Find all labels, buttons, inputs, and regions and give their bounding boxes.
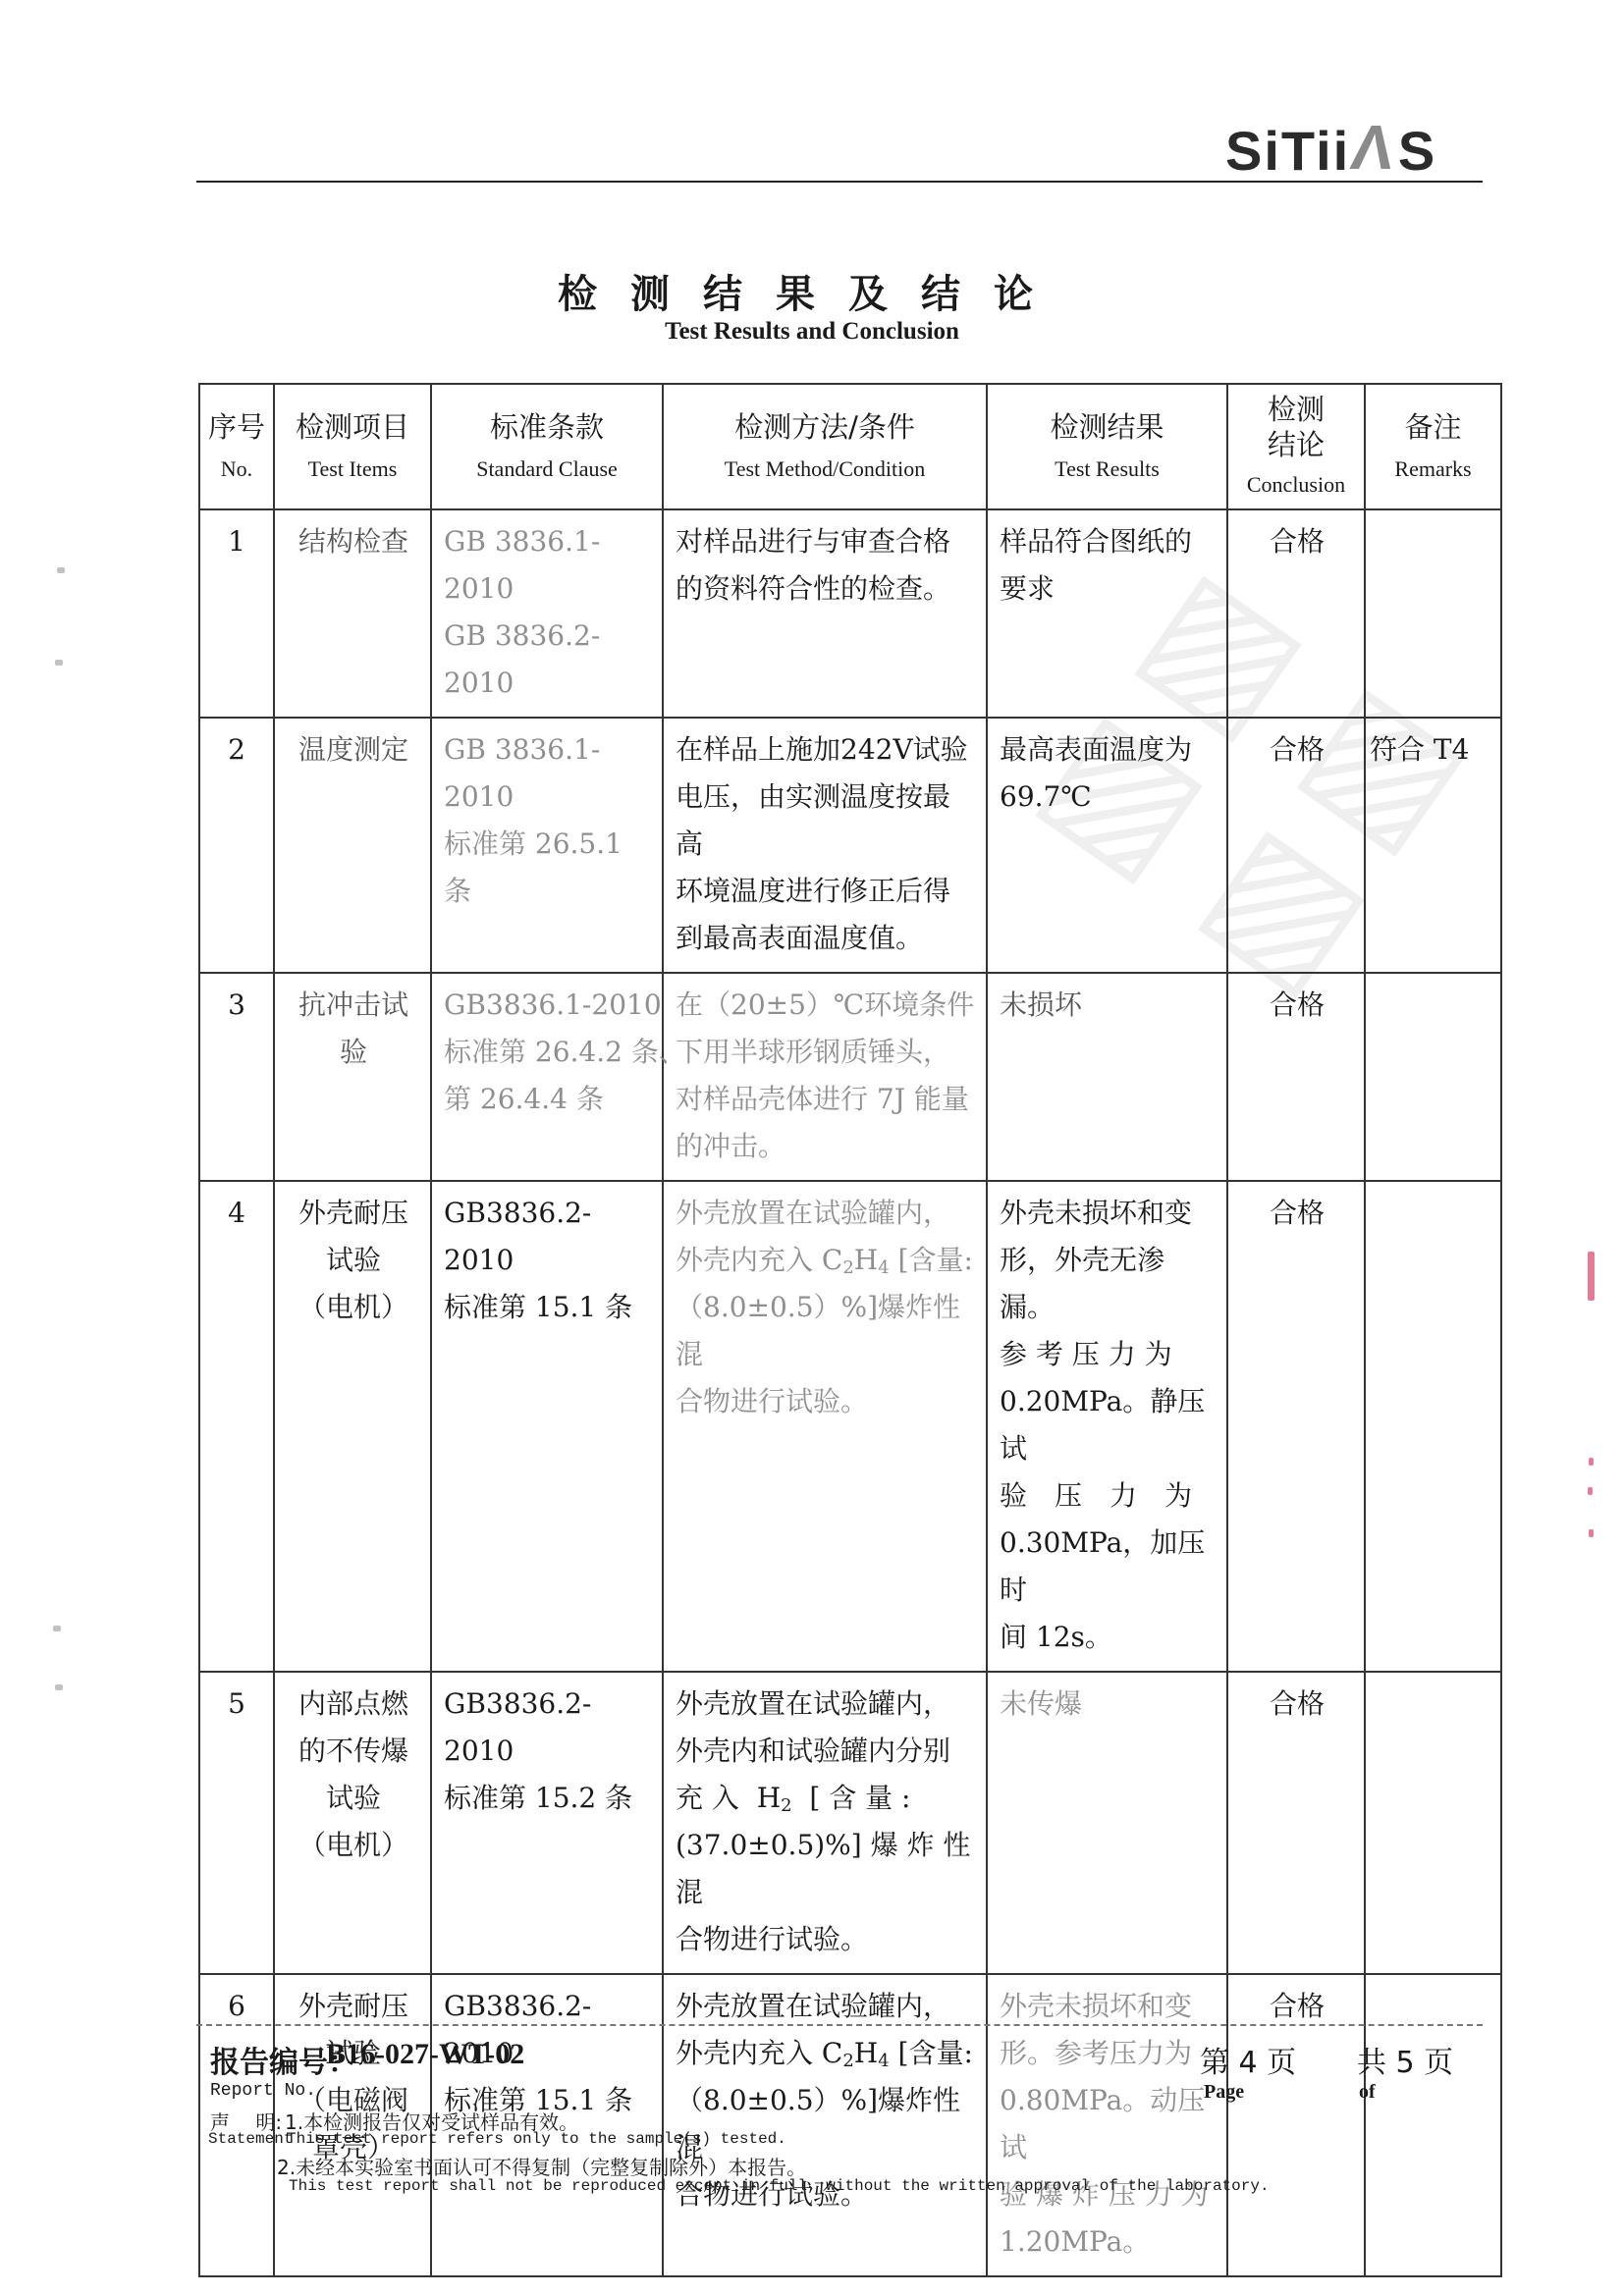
footer-divider xyxy=(196,2024,1483,2026)
cell-standard-clause: GB 3836.1-2010 标准第 26.5.1 条 xyxy=(431,718,663,973)
table-row: 4 外壳耐压 试验 （电机） GB3836.2-2010 标准第 15.1 条 … xyxy=(199,1181,1501,1672)
cell-no: 1 xyxy=(199,509,274,718)
page-number: 第 4 页 xyxy=(1200,2038,1296,2081)
cell-test-method: 外壳放置在试验罐内， 外壳内充入 C2H4 [含量: （8.0±0.5）%]爆炸… xyxy=(663,1181,987,1672)
cell-test-item: 外壳耐压 试验 （电机） xyxy=(274,1181,431,1672)
cell-conclusion: 合格 xyxy=(1227,1672,1365,1974)
seal-edge-mark xyxy=(1589,1529,1594,1537)
company-logo: SiTiiΛS xyxy=(1225,116,1436,179)
statement-2: 2.未经本实验室书面认可不得复制（完整复制除外）本报告。 xyxy=(277,2152,806,2180)
cell-remarks: 符合 T4 xyxy=(1365,718,1501,973)
column-header-test-items: 检测项目 Test Items xyxy=(274,384,431,509)
logo-text-left: SiTii xyxy=(1225,124,1350,179)
cell-standard-clause: GB 3836.1-2010 GB 3836.2-2010 xyxy=(431,509,663,718)
cell-test-method: 在（20±5）℃环境条件 下用半球形钢质锤头， 对样品壳体进行 7J 能量 的冲… xyxy=(663,973,987,1181)
cell-conclusion: 合格 xyxy=(1227,1181,1365,1672)
cell-test-item: 抗冲击试 验 xyxy=(274,973,431,1181)
cell-conclusion: 合格 xyxy=(1227,509,1365,718)
cell-test-method: 外壳放置在试验罐内， 外壳内充入 C2H4 [含量: （8.0±0.5）%]爆炸… xyxy=(663,1974,987,2276)
seal-edge-mark xyxy=(1589,1458,1594,1466)
report-number-label-en: Report No. xyxy=(210,2081,316,2101)
column-header-conclusion: 检测 结论 Conclusion xyxy=(1227,384,1365,509)
report-number: B16-027-WT-02 xyxy=(326,2038,524,2071)
scan-speck xyxy=(55,1684,63,1690)
total-pages: 共 5 页 xyxy=(1357,2038,1453,2081)
logo-text-right: S xyxy=(1398,124,1436,179)
cell-no: 4 xyxy=(199,1181,274,1672)
cell-remarks xyxy=(1365,1974,1501,2276)
column-header-no: 序号 No. xyxy=(199,384,274,509)
cell-test-method: 对样品进行与审查合格 的资料符合性的检查。 xyxy=(663,509,987,718)
page-title-cn: 检测结果及结论 xyxy=(0,263,1624,319)
cell-test-result: 样品符合图纸的 要求 xyxy=(987,509,1227,718)
page-label-en: Page xyxy=(1204,2081,1244,2104)
scan-speck xyxy=(55,660,63,666)
statement-label-en: Statement xyxy=(208,2130,293,2148)
cell-remarks xyxy=(1365,509,1501,718)
cell-test-item: 温度测定 xyxy=(274,718,431,973)
cell-remarks xyxy=(1365,1672,1501,1974)
statement-1-en: This test report refers only to the samp… xyxy=(287,2130,786,2148)
cell-test-result: 外壳未损坏和变 形。参考压力为 0.80MPa。动压试 验 爆 炸 压 力 为 … xyxy=(987,1974,1227,2276)
table-row: 1 结构检查 GB 3836.1-2010 GB 3836.2-2010 对样品… xyxy=(199,509,1501,718)
cell-test-result: 未传爆 xyxy=(987,1672,1227,1974)
results-table: 序号 No. 检测项目 Test Items 标准条款 Standard Cla… xyxy=(198,383,1502,2277)
seal-edge-mark xyxy=(1588,1252,1595,1301)
cell-remarks xyxy=(1365,1181,1501,1672)
column-header-test-results: 检测结果 Test Results xyxy=(987,384,1227,509)
table-row: 5 内部点燃 的不传爆 试验 （电机） GB3836.2-2010 标准第 15… xyxy=(199,1672,1501,1974)
table-row: 2 温度测定 GB 3836.1-2010 标准第 26.5.1 条 在样品上施… xyxy=(199,718,1501,973)
scan-speck xyxy=(53,1626,61,1631)
header-divider xyxy=(196,181,1483,183)
cell-no: 2 xyxy=(199,718,274,973)
cell-test-item: 结构检查 xyxy=(274,509,431,718)
cell-test-method: 在样品上施加242V试验 电压，由实测温度按最高 环境温度进行修正后得 到最高表… xyxy=(663,718,987,973)
cell-no: 5 xyxy=(199,1672,274,1974)
of-label-en: of xyxy=(1359,2081,1376,2104)
cell-conclusion: 合格 xyxy=(1227,1974,1365,2276)
cell-test-result: 外壳未损坏和变 形，外壳无渗漏。 参 考 压 力 为 0.20MPa。静压试 验… xyxy=(987,1181,1227,1672)
cell-conclusion: 合格 xyxy=(1227,973,1365,1181)
cell-test-item: 内部点燃 的不传爆 试验 （电机） xyxy=(274,1672,431,1974)
statement-2-en: This test report shall not be reproduced… xyxy=(289,2177,1270,2195)
seal-edge-mark xyxy=(1588,1487,1593,1495)
cell-remarks xyxy=(1365,973,1501,1181)
table-header-row: 序号 No. 检测项目 Test Items 标准条款 Standard Cla… xyxy=(199,384,1501,509)
cell-standard-clause: GB3836.2-2010 标准第 15.2 条 xyxy=(431,1672,663,1974)
cell-conclusion: 合格 xyxy=(1227,718,1365,973)
page-title-en: Test Results and Conclusion xyxy=(0,318,1624,346)
column-header-standard-clause: 标准条款 Standard Clause xyxy=(431,384,663,509)
column-header-remarks: 备注 Remarks xyxy=(1365,384,1501,509)
cell-standard-clause: GB3836.1-2010 标准第 26.4.2 条、 第 26.4.4 条 xyxy=(431,973,663,1181)
scan-speck xyxy=(57,567,65,573)
column-header-test-method: 检测方法/条件 Test Method/Condition xyxy=(663,384,987,509)
cell-test-result: 未损坏 xyxy=(987,973,1227,1181)
cell-test-method: 外壳放置在试验罐内， 外壳内和试验罐内分别 充 入 H2 [ 含 量 : (37… xyxy=(663,1672,987,1974)
cell-test-result: 最高表面温度为 69.7℃ xyxy=(987,718,1227,973)
logo-accent-glyph: Λ xyxy=(1348,116,1401,179)
cell-no: 3 xyxy=(199,973,274,1181)
cell-standard-clause: GB3836.2-2010 标准第 15.1 条 xyxy=(431,1181,663,1672)
table-row: 3 抗冲击试 验 GB3836.1-2010 标准第 26.4.2 条、 第 2… xyxy=(199,973,1501,1181)
